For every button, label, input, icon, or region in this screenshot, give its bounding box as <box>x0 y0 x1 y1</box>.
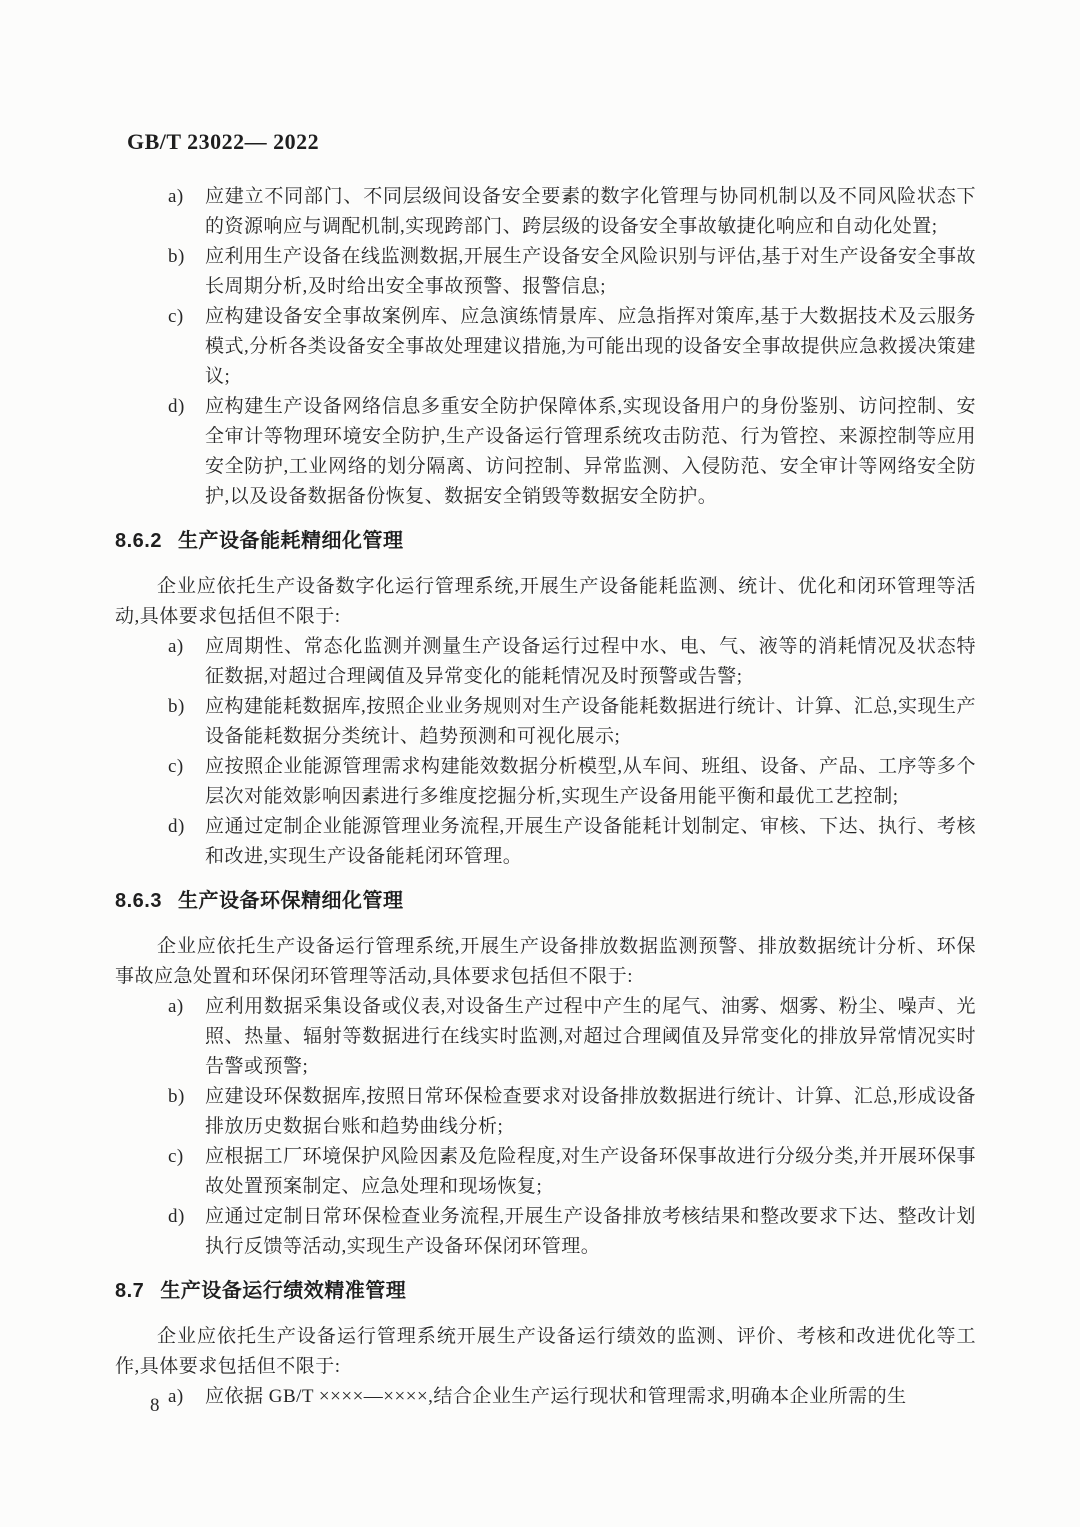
list-item-text: 应利用数据采集设备或仪表,对设备生产过程中产生的尾气、油雾、烟雾、粉尘、噪声、光… <box>205 992 976 1082</box>
list-item: d) 应通过定制企业能源管理业务流程,开展生产设备能耗计划制定、审核、下达、执行… <box>115 812 976 872</box>
list-item-label: a) <box>168 182 205 242</box>
list-item: c) 应按照企业能源管理需求构建能效数据分析模型,从车间、班组、设备、产品、工序… <box>115 752 976 812</box>
list-item-label: b) <box>168 242 205 302</box>
list-item-label: d) <box>168 1202 205 1262</box>
section-heading-8-6-2: 8.6.2生产设备能耗精细化管理 <box>115 526 976 556</box>
section-heading-8-6-3: 8.6.3生产设备环保精细化管理 <box>115 886 976 916</box>
section-intro-8-6-2: 企业应依托生产设备数字化运行管理系统,开展生产设备能耗监测、统计、优化和闭环管理… <box>115 572 976 632</box>
list-item-label: a) <box>168 992 205 1082</box>
list-item-label: c) <box>168 752 205 812</box>
clause-list-environment: a) 应利用数据采集设备或仪表,对设备生产过程中产生的尾气、油雾、烟雾、粉尘、噪… <box>115 992 976 1262</box>
section-number: 8.7 <box>115 1280 144 1302</box>
list-item-text: 应通过定制日常环保检查业务流程,开展生产设备排放考核结果和整改要求下达、整改计划… <box>205 1202 976 1262</box>
list-item: a) 应周期性、常态化监测并测量生产设备运行过程中水、电、气、液等的消耗情况及状… <box>115 632 976 692</box>
list-item: c) 应根据工厂环境保护风险因素及危险程度,对生产设备环保事故进行分级分类,并开… <box>115 1142 976 1202</box>
section-intro-8-6-3: 企业应依托生产设备运行管理系统,开展生产设备排放数据监测预警、排放数据统计分析、… <box>115 932 976 992</box>
list-item-label: d) <box>168 812 205 872</box>
list-item-text: 应利用生产设备在线监测数据,开展生产设备安全风险识别与评估,基于对生产设备安全事… <box>205 242 976 302</box>
clause-list-performance: a) 应依据 GB/T ××××—××××,结合企业生产运行现状和管理需求,明确… <box>115 1382 976 1412</box>
list-item: b) 应建设环保数据库,按照日常环保检查要求对设备排放数据进行统计、计算、汇总,… <box>115 1082 976 1142</box>
list-item-label: c) <box>168 1142 205 1202</box>
list-item: d) 应通过定制日常环保检查业务流程,开展生产设备排放考核结果和整改要求下达、整… <box>115 1202 976 1262</box>
list-item-text: 应构建能耗数据库,按照企业业务规则对生产设备能耗数据进行统计、计算、汇总,实现生… <box>205 692 976 752</box>
section-title: 生产设备环保精细化管理 <box>178 890 404 912</box>
list-item-text: 应构建设备安全事故案例库、应急演练情景库、应急指挥对策库,基于大数据技术及云服务… <box>205 302 976 392</box>
section-title: 生产设备运行绩效精准管理 <box>160 1280 406 1302</box>
page-number: 8 <box>150 1395 160 1417</box>
clause-list-safety: a) 应建立不同部门、不同层级间设备安全要素的数字化管理与协同机制以及不同风险状… <box>115 182 976 512</box>
list-item-text: 应周期性、常态化监测并测量生产设备运行过程中水、电、气、液等的消耗情况及状态特征… <box>205 632 976 692</box>
list-item-text: 应依据 GB/T ××××—××××,结合企业生产运行现状和管理需求,明确本企业… <box>205 1382 976 1412</box>
section-title: 生产设备能耗精细化管理 <box>178 530 404 552</box>
list-item: a) 应依据 GB/T ××××—××××,结合企业生产运行现状和管理需求,明确… <box>115 1382 976 1412</box>
list-item-label: a) <box>168 632 205 692</box>
list-item-label: d) <box>168 392 205 512</box>
section-heading-8-7: 8.7生产设备运行绩效精准管理 <box>115 1276 976 1306</box>
section-intro-8-7: 企业应依托生产设备运行管理系统开展生产设备运行绩效的监测、评价、考核和改进优化等… <box>115 1322 976 1382</box>
list-item-text: 应通过定制企业能源管理业务流程,开展生产设备能耗计划制定、审核、下达、执行、考核… <box>205 812 976 872</box>
list-item: c) 应构建设备安全事故案例库、应急演练情景库、应急指挥对策库,基于大数据技术及… <box>115 302 976 392</box>
list-item-label: b) <box>168 1082 205 1142</box>
list-item-text: 应构建生产设备网络信息多重安全防护保障体系,实现设备用户的身份鉴别、访问控制、安… <box>205 392 976 512</box>
list-item: a) 应建立不同部门、不同层级间设备安全要素的数字化管理与协同机制以及不同风险状… <box>115 182 976 242</box>
list-item-label: a) <box>168 1382 205 1412</box>
page-content: a) 应建立不同部门、不同层级间设备安全要素的数字化管理与协同机制以及不同风险状… <box>115 170 976 1412</box>
list-item: d) 应构建生产设备网络信息多重安全防护保障体系,实现设备用户的身份鉴别、访问控… <box>115 392 976 512</box>
clause-list-energy: a) 应周期性、常态化监测并测量生产设备运行过程中水、电、气、液等的消耗情况及状… <box>115 632 976 872</box>
list-item-label: b) <box>168 692 205 752</box>
section-number: 8.6.3 <box>115 890 162 912</box>
list-item-text: 应建立不同部门、不同层级间设备安全要素的数字化管理与协同机制以及不同风险状态下的… <box>205 182 976 242</box>
doc-number: GB/T 23022— 2022 <box>127 129 319 155</box>
list-item-label: c) <box>168 302 205 392</box>
list-item: a) 应利用数据采集设备或仪表,对设备生产过程中产生的尾气、油雾、烟雾、粉尘、噪… <box>115 992 976 1082</box>
list-item-text: 应按照企业能源管理需求构建能效数据分析模型,从车间、班组、设备、产品、工序等多个… <box>205 752 976 812</box>
list-item: b) 应利用生产设备在线监测数据,开展生产设备安全风险识别与评估,基于对生产设备… <box>115 242 976 302</box>
list-item: b) 应构建能耗数据库,按照企业业务规则对生产设备能耗数据进行统计、计算、汇总,… <box>115 692 976 752</box>
section-number: 8.6.2 <box>115 530 162 552</box>
list-item-text: 应建设环保数据库,按照日常环保检查要求对设备排放数据进行统计、计算、汇总,形成设… <box>205 1082 976 1142</box>
list-item-text: 应根据工厂环境保护风险因素及危险程度,对生产设备环保事故进行分级分类,并开展环保… <box>205 1142 976 1202</box>
document-page: GB/T 23022— 2022 a) 应建立不同部门、不同层级间设备安全要素的… <box>0 0 1080 1527</box>
